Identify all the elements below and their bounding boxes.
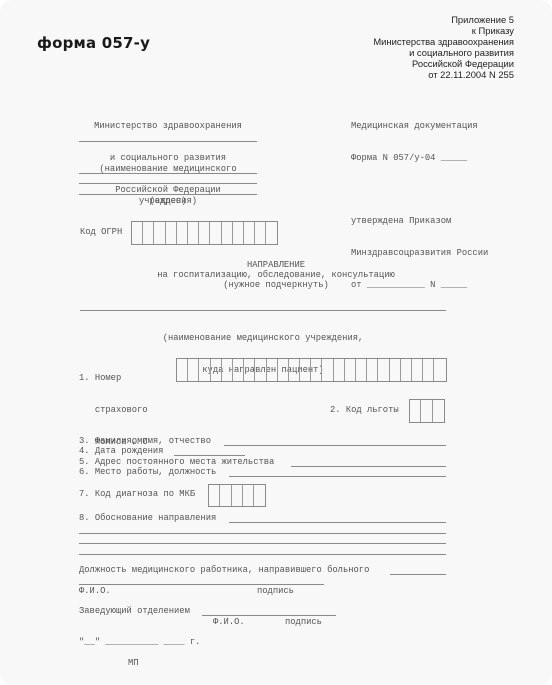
input-cell[interactable]	[278, 359, 289, 381]
benefit-code-input-cells[interactable]	[409, 399, 445, 423]
address-field-3[interactable]	[79, 194, 257, 195]
input-cell[interactable]	[154, 222, 165, 244]
input-cell[interactable]	[188, 222, 199, 244]
reason-field-2[interactable]	[79, 533, 446, 534]
input-cell[interactable]	[233, 222, 244, 244]
ogrn-input-cells[interactable]	[131, 221, 278, 245]
input-cell[interactable]	[421, 400, 432, 422]
input-cell[interactable]	[210, 222, 221, 244]
head-of-dept-field[interactable]	[202, 615, 336, 616]
birth-date-field[interactable]	[174, 455, 245, 456]
form-title: форма 057-у	[37, 34, 150, 52]
doctor-position-field[interactable]	[390, 574, 446, 575]
doctor-position-label: Должность медицинского работника, направ…	[79, 565, 369, 576]
workplace-label: 6. Место работы, должность	[79, 467, 216, 478]
icd-label: 7. Код диагноза по МКБ	[79, 489, 195, 500]
birth-date-label: 4. Дата рождения	[79, 446, 163, 457]
input-cell[interactable]	[266, 222, 277, 244]
input-cell[interactable]	[423, 359, 434, 381]
input-cell[interactable]	[143, 222, 154, 244]
input-cell[interactable]	[433, 400, 444, 422]
workplace-field[interactable]	[229, 476, 446, 477]
input-cell[interactable]	[220, 485, 231, 506]
signature-caption: подпись	[257, 586, 294, 597]
input-cell[interactable]	[254, 485, 265, 506]
icd-code-input-cells[interactable]	[208, 484, 266, 507]
appendix-line: к Приказу	[373, 25, 514, 36]
institution-name-field[interactable]	[79, 141, 257, 142]
input-cell[interactable]	[222, 222, 233, 244]
input-cell[interactable]	[267, 359, 278, 381]
reason-field-4[interactable]	[79, 554, 446, 555]
input-cell[interactable]	[412, 359, 423, 381]
input-cell[interactable]	[209, 485, 220, 506]
input-cell[interactable]	[233, 359, 244, 381]
reason-label: 8. Обоснование направления	[79, 513, 216, 524]
input-cell[interactable]	[345, 359, 356, 381]
referral-note: (нужное подчеркнуть)	[0, 280, 552, 291]
caption-line: (наименование медицинского учреждения,	[80, 333, 446, 344]
ogrn-label: Код ОГРН	[80, 227, 122, 238]
referral-subtitle: на госпитализацию, обследование, консуль…	[0, 270, 552, 281]
input-cell[interactable]	[232, 485, 243, 506]
input-cell[interactable]	[243, 485, 254, 506]
input-cell[interactable]	[244, 222, 255, 244]
input-cell[interactable]	[334, 359, 345, 381]
input-cell[interactable]	[177, 222, 188, 244]
input-cell[interactable]	[322, 359, 333, 381]
fio-caption: Ф.И.О.	[79, 586, 111, 597]
date-line[interactable]: "__" __________ ____ г.	[79, 637, 200, 648]
input-cell[interactable]	[255, 359, 266, 381]
input-cell[interactable]	[177, 359, 188, 381]
input-cell[interactable]	[300, 359, 311, 381]
residence-address-field[interactable]	[291, 466, 446, 467]
ministry-line: Министерство здравоохранения	[78, 121, 258, 132]
benefit-code-label: 2. Код льготы	[330, 405, 399, 416]
doctor-signature-field[interactable]	[79, 584, 324, 585]
input-cell[interactable]	[211, 359, 222, 381]
doc-label: Медицинская документация	[351, 121, 488, 132]
reason-field-3[interactable]	[79, 543, 446, 544]
input-cell[interactable]	[378, 359, 389, 381]
input-cell[interactable]	[410, 400, 421, 422]
input-cell[interactable]	[244, 359, 255, 381]
ministry-short: Минздравсоцразвития России	[351, 248, 488, 259]
stamp-place: МП	[128, 658, 139, 669]
input-cell[interactable]	[255, 222, 266, 244]
input-cell[interactable]	[289, 359, 300, 381]
appendix-line: от 22.11.2004 N 255	[373, 69, 514, 80]
input-cell[interactable]	[132, 222, 143, 244]
reason-field-1[interactable]	[229, 522, 446, 523]
input-cell[interactable]	[311, 359, 322, 381]
target-institution-field[interactable]	[80, 310, 446, 311]
full-name-field[interactable]	[224, 445, 446, 446]
fio-caption: Ф.И.О.	[213, 617, 245, 628]
institution-caption: (наименование медицинского учреждения)	[78, 143, 258, 228]
appendix-line: Российской Федерации	[373, 58, 514, 69]
label-line: страхового	[79, 405, 148, 416]
appendix-line: и социального развития	[373, 47, 514, 58]
head-of-dept-label: Заведующий отделением	[79, 606, 190, 617]
appendix-line: Министерства здравоохранения	[373, 36, 514, 47]
form-page: форма 057-у Приложение 5 к Приказу Минис…	[0, 0, 552, 685]
input-cell[interactable]	[188, 359, 199, 381]
signature-caption: подпись	[285, 617, 322, 628]
input-cell[interactable]	[390, 359, 401, 381]
input-cell[interactable]	[356, 359, 367, 381]
appendix-note: Приложение 5 к Приказу Министерства здра…	[373, 14, 514, 80]
address-field-1[interactable]	[79, 173, 257, 174]
address-caption: (адрес)	[78, 196, 258, 207]
address-label: 5. Адрес постоянного места жительства	[79, 457, 274, 468]
approved-line: утверждена Приказом	[351, 216, 488, 227]
address-field-2[interactable]	[79, 183, 257, 184]
form-number: Форма N 057/у-04 _____	[351, 153, 488, 164]
input-cell[interactable]	[401, 359, 412, 381]
label-line: 1. Номер	[79, 373, 148, 384]
input-cell[interactable]	[367, 359, 378, 381]
input-cell[interactable]	[166, 222, 177, 244]
oms-policy-input-cells[interactable]	[176, 358, 447, 382]
input-cell[interactable]	[199, 222, 210, 244]
input-cell[interactable]	[434, 359, 445, 381]
referral-title: НАПРАВЛЕНИЕ	[0, 260, 552, 271]
appendix-line: Приложение 5	[373, 14, 514, 25]
full-name-label: 3. Фамилия, имя, отчество	[79, 436, 211, 447]
input-cell[interactable]	[199, 359, 210, 381]
input-cell[interactable]	[222, 359, 233, 381]
